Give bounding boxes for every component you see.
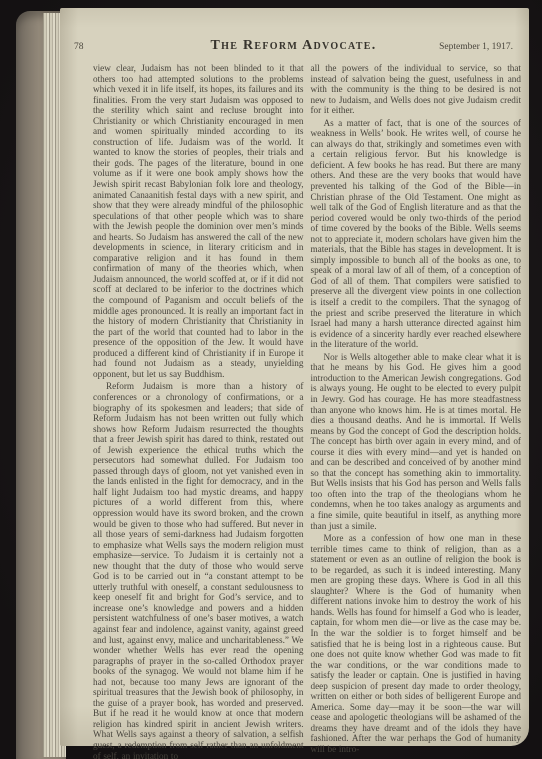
issue-date: September 1, 1917. [417, 42, 513, 52]
page-number: 78 [74, 42, 170, 52]
paragraph: Reform Judaism is more than a history of… [93, 381, 304, 759]
paragraph: Nor is Wells altogether able to make cle… [311, 352, 522, 531]
paragraph: More as a confession of how one man in t… [311, 533, 522, 754]
paragraph-continuation: view clear, Judaism has not been blinded… [93, 63, 304, 379]
paragraph-continuation: all the powers of the individual to serv… [311, 63, 522, 116]
scanned-page: 78 The Reform Advocate. September 1, 191… [60, 8, 529, 746]
page-header: 78 The Reform Advocate. September 1, 191… [60, 8, 529, 54]
journal-title: The Reform Advocate. [170, 38, 417, 54]
text-column-right: all the powers of the individual to serv… [311, 63, 522, 759]
book-scan: 78 The Reform Advocate. September 1, 191… [0, 0, 542, 759]
paragraph: As a matter of fact, that is one of the … [311, 118, 522, 350]
text-column-left: view clear, Judaism has not been blinded… [93, 63, 304, 759]
text-columns: view clear, Judaism has not been blinded… [60, 54, 529, 759]
